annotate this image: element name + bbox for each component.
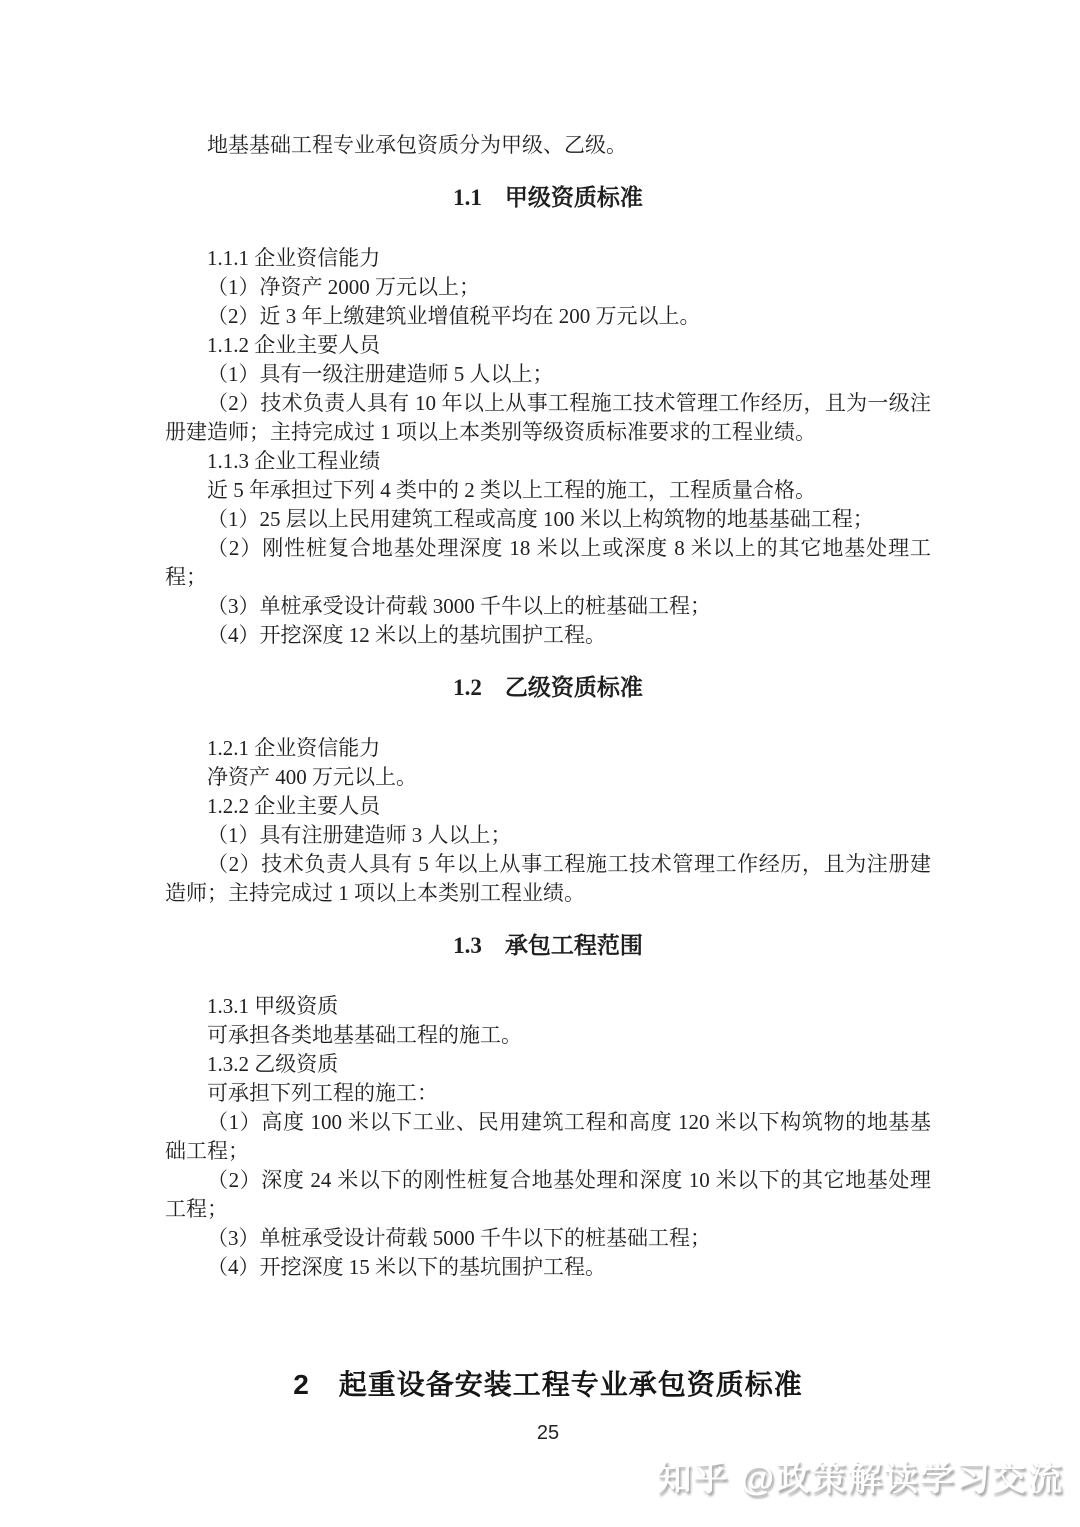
section-heading-1-2: 1.2 乙级资质标准	[165, 672, 931, 704]
chapter-heading-2: 2 起重设备安装工程专业承包资质标准	[165, 1365, 931, 1405]
doc-paragraph: 1.1.2 企业主要人员	[165, 331, 931, 360]
doc-paragraph: 1.1.3 企业工程业绩	[165, 447, 931, 476]
doc-paragraph: 1.3.1 甲级资质	[165, 992, 931, 1021]
doc-paragraph: （1）具有注册建造师 3 人以上；	[165, 821, 931, 850]
doc-paragraph: （1）净资产 2000 万元以上；	[165, 273, 931, 302]
doc-paragraph: （4）开挖深度 12 米以上的基坑围护工程。	[165, 621, 931, 650]
doc-paragraph: 近 5 年承担过下列 4 类中的 2 类以上工程的施工，工程质量合格。	[165, 476, 931, 505]
section-heading-1-1: 1.1 甲级资质标准	[165, 182, 931, 214]
doc-paragraph: （2）近 3 年上缴建筑业增值税平均在 200 万元以上。	[165, 302, 931, 331]
document-page: 地基基础工程专业承包资质分为甲级、乙级。 1.1 甲级资质标准 1.1.1 企业…	[0, 0, 1080, 1527]
document-content: 地基基础工程专业承包资质分为甲级、乙级。 1.1 甲级资质标准 1.1.1 企业…	[165, 131, 931, 1447]
intro-paragraph: 地基基础工程专业承包资质分为甲级、乙级。	[165, 131, 931, 160]
doc-paragraph: 可承担下列工程的施工：	[165, 1079, 931, 1108]
doc-paragraph: （1）高度 100 米以下工业、民用建筑工程和高度 120 米以下构筑物的地基基…	[165, 1108, 931, 1166]
doc-paragraph: （4）开挖深度 15 米以下的基坑围护工程。	[165, 1253, 931, 1282]
doc-paragraph: 净资产 400 万元以上。	[165, 763, 931, 792]
doc-paragraph: 1.2.2 企业主要人员	[165, 792, 931, 821]
zhihu-watermark: 知乎 @政策解读学习交流	[657, 1459, 1064, 1499]
doc-paragraph: （2）刚性桩复合地基处理深度 18 米以上或深度 8 米以上的其它地基处理工程；	[165, 534, 931, 592]
doc-paragraph: （2）技术负责人具有 10 年以上从事工程施工技术管理工作经历，且为一级注册建造…	[165, 389, 931, 447]
doc-paragraph: （3）单桩承受设计荷载 5000 千牛以下的桩基础工程；	[165, 1224, 931, 1253]
doc-paragraph: （2）深度 24 米以下的刚性桩复合地基处理和深度 10 米以下的其它地基处理工…	[165, 1166, 931, 1224]
doc-paragraph: （1）25 层以上民用建筑工程或高度 100 米以上构筑物的地基基础工程；	[165, 505, 931, 534]
doc-paragraph: 1.2.1 企业资信能力	[165, 734, 931, 763]
doc-paragraph: （3）单桩承受设计荷载 3000 千牛以上的桩基础工程；	[165, 592, 931, 621]
doc-paragraph: 1.3.2 乙级资质	[165, 1050, 931, 1079]
doc-paragraph: 可承担各类地基基础工程的施工。	[165, 1021, 931, 1050]
doc-paragraph: （1）具有一级注册建造师 5 人以上；	[165, 360, 931, 389]
doc-paragraph: 1.1.1 企业资信能力	[165, 244, 931, 273]
page-number: 25	[165, 1419, 931, 1447]
section-heading-1-3: 1.3 承包工程范围	[165, 930, 931, 962]
doc-paragraph: （2）技术负责人具有 5 年以上从事工程施工技术管理工作经历，且为注册建造师；主…	[165, 850, 931, 908]
